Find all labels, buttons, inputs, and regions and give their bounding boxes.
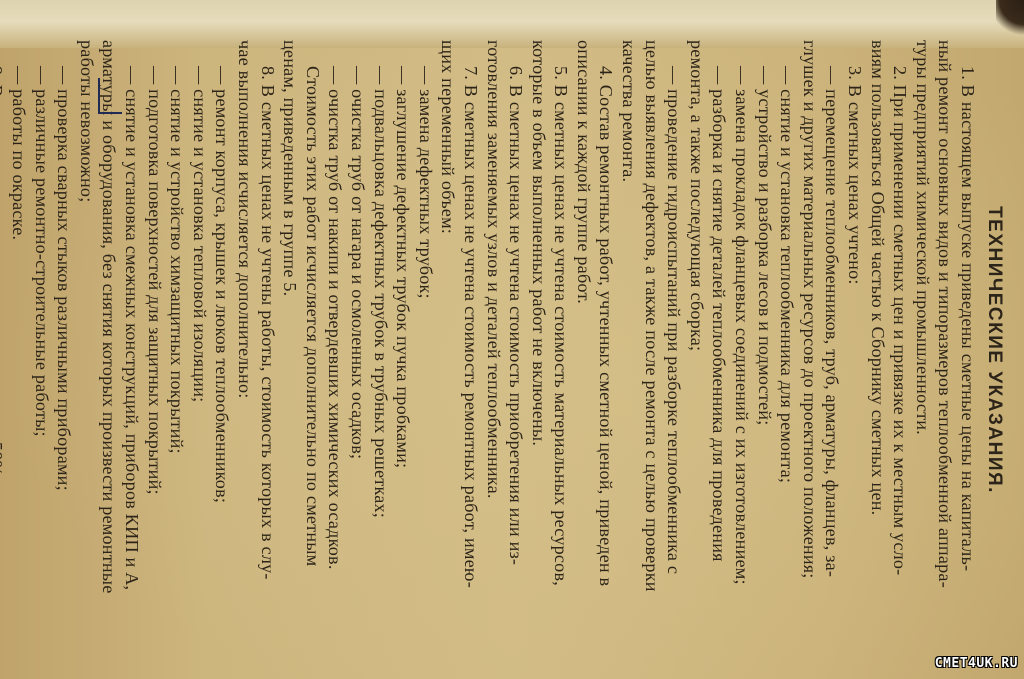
text-line: 9. В сметных ценах учтены снятие и замен…: [0, 40, 7, 660]
text-line: глушек и других материальных ресурсов до…: [798, 40, 821, 660]
text-line: — снятие и установка теплообменника для …: [776, 40, 799, 660]
text-line: — подвальцовка дефектных трубок в трубны…: [369, 40, 392, 660]
text-line: — подготовка поверхностей для защитных п…: [143, 40, 166, 660]
text-line: — очистка труб от нагара и осмоленных ос…: [346, 40, 369, 660]
text-line: 3. В сметных ценах учтено:: [843, 40, 866, 660]
text-line: — проведение гидроиспытаний при разборке…: [663, 40, 686, 660]
text-line: туры предприятий химической промышленнос…: [911, 40, 934, 660]
text-line: — замена дефектных трубок;: [414, 40, 437, 660]
text-line: ценам, приведенным в группе 5.: [279, 40, 302, 660]
text-line: — работы по окраске.: [7, 40, 30, 660]
text-line: 6. В сметных ценах не учтена стоимость п…: [505, 40, 528, 660]
text-line: целью выявления дефектов, а также после …: [640, 40, 663, 660]
text-line: — ремонт корпуса, крышек и люков теплооб…: [211, 40, 234, 660]
text-line: ный ремонт основных видов и типоразмеров…: [934, 40, 957, 660]
text-line: готовления заменяемых узлов и деталей те…: [482, 40, 505, 660]
text-line: 5. В сметных ценах не учтена стоимость м…: [550, 40, 573, 660]
document-title: ТЕХНИЧЕСКИЕ УКАЗАНИЯ.: [983, 40, 1005, 660]
text-line: Стоимость этих работ исчисляется дополни…: [301, 40, 324, 660]
book-corner-shadow: [996, 0, 1024, 40]
rotated-text-block: ТЕХНИЧЕСКИЕ УКАЗАНИЯ. 1. В настоящем вып…: [20, 40, 1005, 660]
text-line: 7. В сметных ценах не учтена стоимость р…: [459, 40, 482, 660]
text-line: 8. В сметных ценах не учтены работы, сто…: [256, 40, 279, 660]
text-line: виям пользоваться Общей частью к Сборник…: [866, 40, 889, 660]
pen-annotation-mark: [98, 78, 122, 114]
site-watermark: CMET4UK.RU: [935, 656, 1018, 671]
text-line: описании к каждой группе работ.: [572, 40, 595, 660]
text-line: — перемещение теплообменников, труб, арм…: [821, 40, 844, 660]
text-line: — очистка труб от накипи и отвердевших х…: [324, 40, 347, 660]
text-line: чае выполнения исчисляется дополнительно…: [233, 40, 256, 660]
text-line: — устройство и разборка лесов и подмосте…: [753, 40, 776, 660]
text-line: — снятие и установка смежных конструкций…: [120, 40, 143, 660]
document-body: 1. В настоящем выпуске приведены сметные…: [0, 40, 979, 660]
text-line: — замена прокладок фланцевых соединений …: [730, 40, 753, 660]
text-line: щих переменный объем:: [437, 40, 460, 660]
text-line: — проверка сварных стыков различными при…: [53, 40, 76, 660]
text-line: работы невозможно;: [75, 40, 98, 660]
text-line: качества ремонта.: [618, 40, 641, 660]
text-line: — разборка и снятие деталей теплообменни…: [708, 40, 731, 660]
text-line: которые в объем выполненных работ не вкл…: [527, 40, 550, 660]
text-line: арматуры и оборудования, без снятия кото…: [98, 40, 121, 660]
text-line: — различные ремонтно-строительные работы…: [30, 40, 53, 660]
text-line: ремонта, а также последующая сборка;: [685, 40, 708, 660]
text-line: 1. В настоящем выпуске приведены сметные…: [956, 40, 979, 660]
text-line: 2. При применении сметных цен и привязке…: [889, 40, 912, 660]
text-line: — снятие и устройство химзащитных покрыт…: [166, 40, 189, 660]
text-line: — заглушение дефектных трубок пучка проб…: [392, 40, 415, 660]
text-line: 4. Состав ремонтных работ, учтенных смет…: [595, 40, 618, 660]
text-line: — снятие и установка тепловой изоляции;: [188, 40, 211, 660]
